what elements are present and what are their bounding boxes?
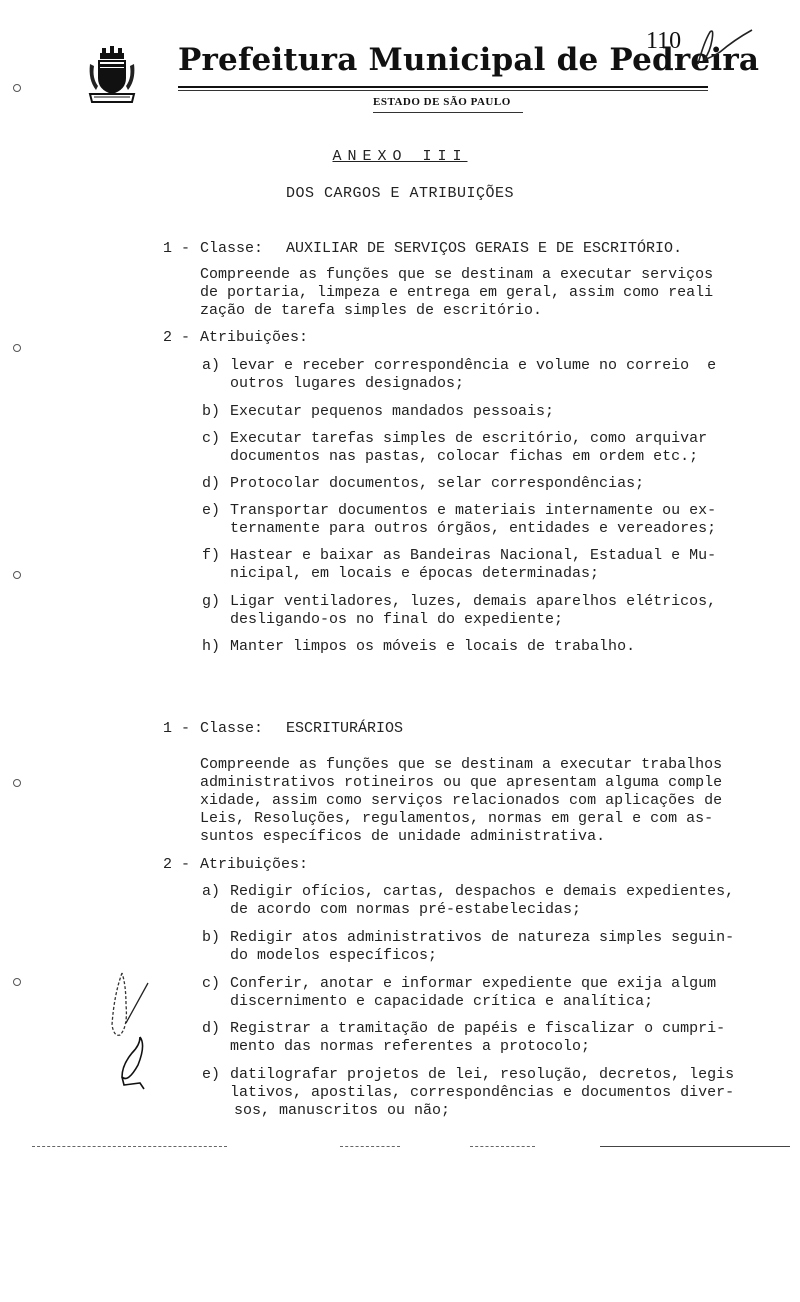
attributions-number: 2 - bbox=[163, 329, 190, 346]
item-line: discernimento e capacidade crítica e ana… bbox=[230, 993, 653, 1011]
item-line: Manter limpos os móveis e locais de trab… bbox=[230, 638, 635, 656]
class-number: 1 - bbox=[163, 720, 190, 737]
annex-title: ANEXO III bbox=[0, 148, 800, 165]
item-letter: h) bbox=[202, 638, 220, 655]
class-number: 1 - bbox=[163, 240, 190, 257]
class-label: Classe: bbox=[200, 240, 263, 257]
item-line: Redigir atos administrativos de natureza… bbox=[230, 929, 734, 947]
item-line: Protocolar documentos, selar correspondê… bbox=[230, 475, 644, 493]
attributions-label: Atribuições: bbox=[200, 329, 308, 346]
punch-hole-mark bbox=[13, 84, 21, 92]
description-line: Compreende as funções que se destinam a … bbox=[200, 266, 713, 284]
item-letter: c) bbox=[202, 975, 220, 992]
item-line: Hastear e baixar as Bandeiras Nacional, … bbox=[230, 547, 716, 565]
class-label: Classe: bbox=[200, 720, 263, 737]
description-line: zação de tarefa simples de escritório. bbox=[200, 302, 542, 320]
item-line: nicipal, em locais e épocas determinadas… bbox=[230, 565, 599, 583]
document-page: Prefeitura Municipal de Pedreira 110 EST… bbox=[0, 0, 800, 1302]
description-line: xidade, assim como serviços relacionados… bbox=[200, 792, 722, 810]
item-letter: c) bbox=[202, 430, 220, 447]
item-letter: d) bbox=[202, 475, 220, 492]
item-line: Ligar ventiladores, luzes, demais aparel… bbox=[230, 593, 716, 611]
description-line: Leis, Resoluções, regulamentos, normas e… bbox=[200, 810, 713, 828]
item-line: outros lugares designados; bbox=[230, 375, 464, 393]
scan-edge-line bbox=[32, 1146, 227, 1148]
description-line: administrativos rotineiros ou que aprese… bbox=[200, 774, 722, 792]
description-line: de portaria, limpeza e entrega em geral,… bbox=[200, 284, 713, 302]
item-letter: b) bbox=[202, 929, 220, 946]
scan-edge-line bbox=[600, 1146, 790, 1148]
scan-edge-line bbox=[470, 1146, 535, 1148]
scan-edge-line bbox=[340, 1146, 400, 1148]
item-line: Conferir, anotar e informar expediente q… bbox=[230, 975, 716, 993]
item-letter: d) bbox=[202, 1020, 220, 1037]
item-letter: f) bbox=[202, 547, 220, 564]
attributions-number: 2 - bbox=[163, 856, 190, 873]
punch-hole-mark bbox=[13, 571, 21, 579]
class-name: ESCRITURÁRIOS bbox=[286, 720, 403, 737]
attributions-label: Atribuições: bbox=[200, 856, 308, 873]
item-line: sos, manuscritos ou não; bbox=[234, 1102, 450, 1120]
item-line: Transportar documentos e materiais inter… bbox=[230, 502, 716, 520]
item-letter: e) bbox=[202, 502, 220, 519]
item-line: levar e receber correspondência e volume… bbox=[230, 357, 716, 375]
item-line: do modelos específicos; bbox=[230, 947, 437, 965]
annex-subtitle: DOS CARGOS E ATRIBUIÇÕES bbox=[0, 185, 800, 202]
item-line: Executar pequenos mandados pessoais; bbox=[230, 403, 554, 421]
item-line: ternamente para outros órgãos, entidades… bbox=[230, 520, 716, 538]
item-letter: a) bbox=[202, 357, 220, 374]
punch-hole-mark bbox=[13, 978, 21, 986]
description-line: suntos específicos de unidade administra… bbox=[200, 828, 605, 846]
punch-hole-mark bbox=[13, 779, 21, 787]
item-line: desligando-os no final do expediente; bbox=[230, 611, 563, 629]
item-line: Redigir ofícios, cartas, despachos e dem… bbox=[230, 883, 734, 901]
punch-hole-mark bbox=[13, 344, 21, 352]
item-line: documentos nas pastas, colocar fichas em… bbox=[230, 448, 698, 466]
item-line: de acordo com normas pré-estabelecidas; bbox=[230, 901, 581, 919]
item-line: datilografar projetos de lei, resolução,… bbox=[230, 1066, 734, 1084]
item-letter: g) bbox=[202, 593, 220, 610]
header-rule bbox=[178, 90, 708, 91]
item-line: lativos, apostilas, correspondências e d… bbox=[230, 1084, 734, 1102]
item-letter: b) bbox=[202, 403, 220, 420]
state-label: ESTADO DE SÃO PAULO bbox=[373, 96, 511, 108]
signature-icon bbox=[100, 965, 160, 1090]
item-line: Executar tarefas simples de escritório, … bbox=[230, 430, 707, 448]
state-rule bbox=[373, 112, 523, 113]
description-line: Compreende as funções que se destinam a … bbox=[200, 756, 722, 774]
class-name: AUXILIAR DE SERVIÇOS GERAIS E DE ESCRITÓ… bbox=[286, 240, 682, 257]
item-letter: a) bbox=[202, 883, 220, 900]
item-line: mento das normas referentes a protocolo; bbox=[230, 1038, 590, 1056]
header-rule bbox=[178, 86, 708, 88]
page-number: 110 bbox=[646, 28, 681, 55]
item-line: Registrar a tramitação de papéis e fisca… bbox=[230, 1020, 725, 1038]
item-letter: e) bbox=[202, 1066, 220, 1083]
coat-of-arms-icon bbox=[86, 46, 138, 108]
handwritten-initial-icon bbox=[690, 22, 760, 72]
